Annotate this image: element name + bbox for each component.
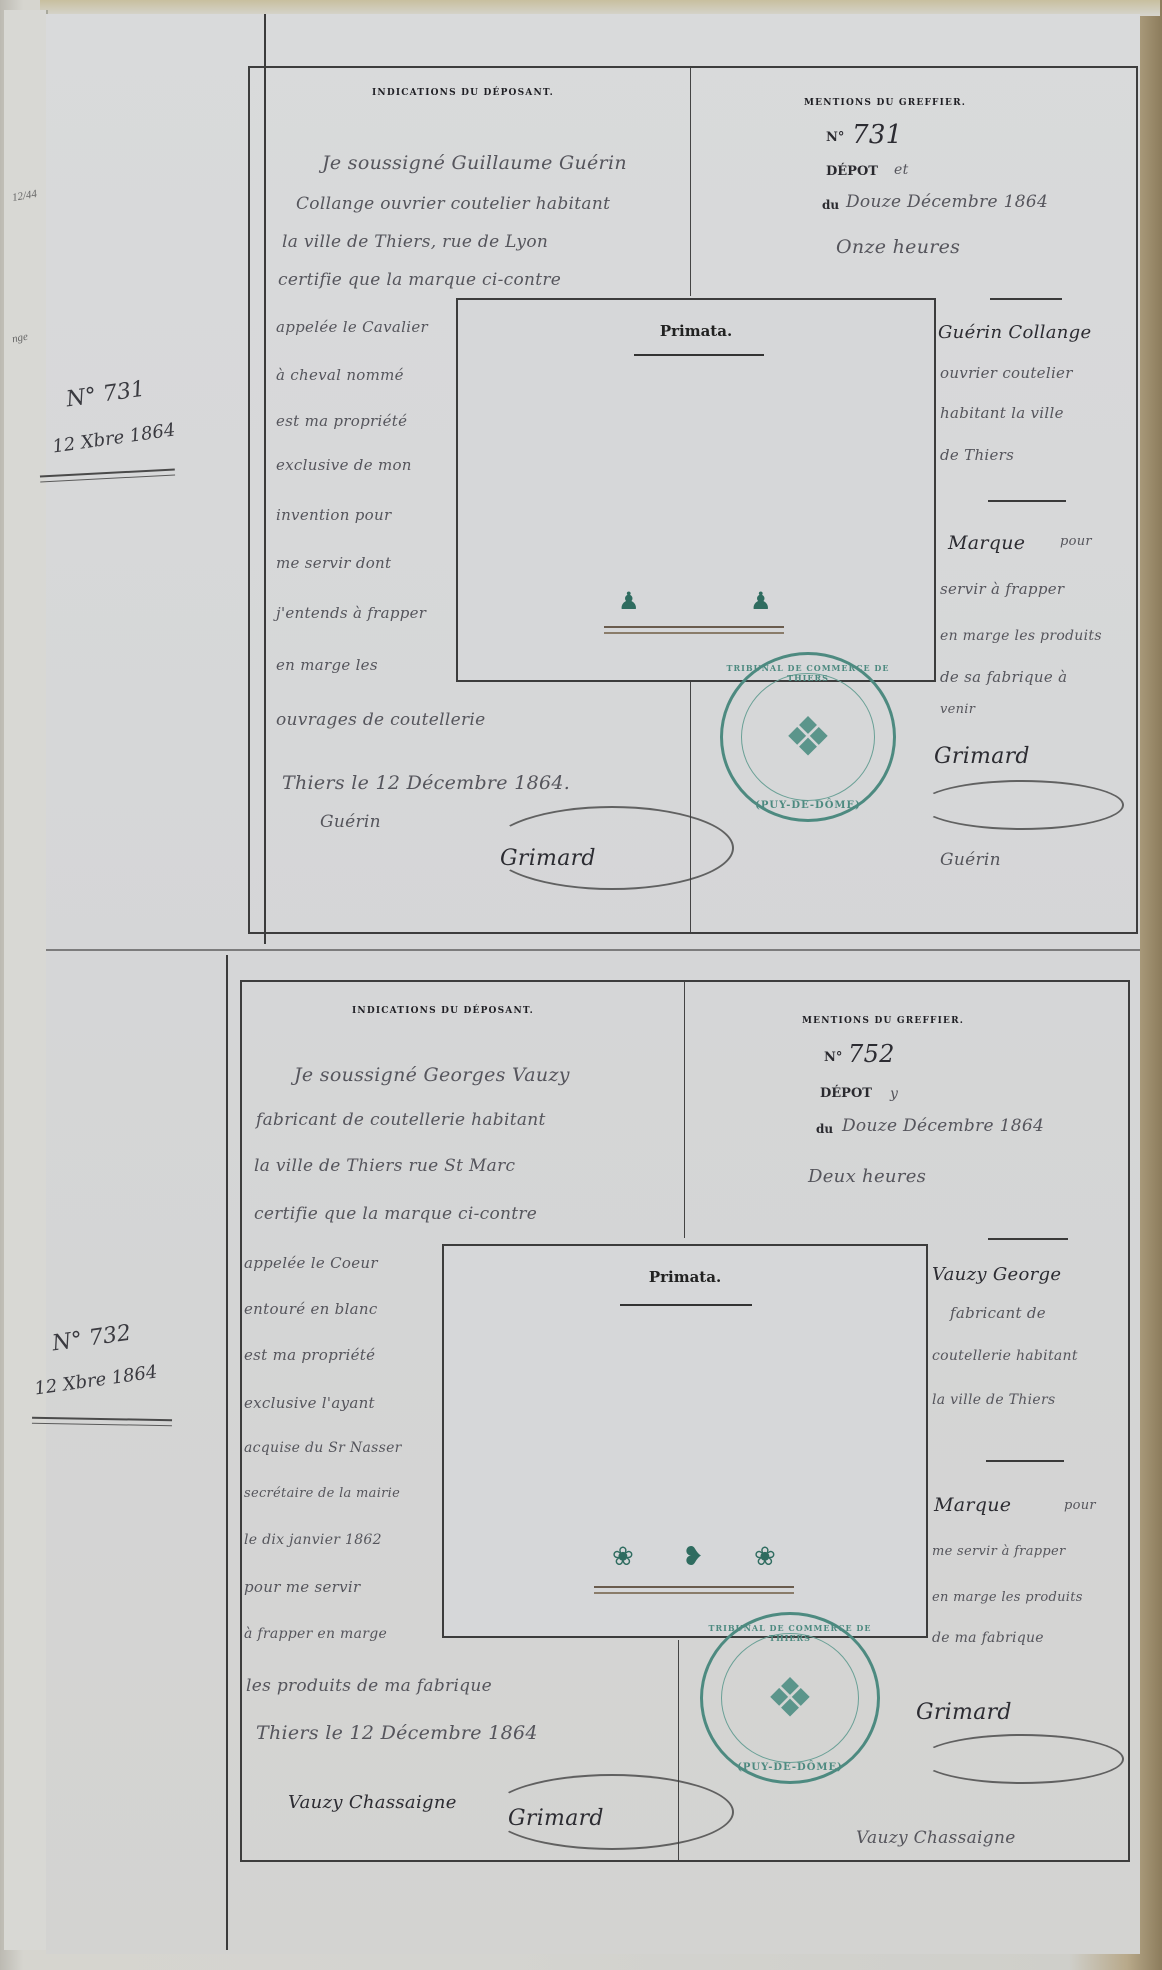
- deposit-time: Onze heures: [836, 236, 960, 258]
- entry-number: 752: [848, 1040, 895, 1068]
- number-label: N°: [824, 1050, 842, 1065]
- deposant-line: Collange ouvrier coutelier habitant: [296, 194, 610, 214]
- owner-line: ouvrier coutelier: [940, 364, 1073, 382]
- owner-line: Vauzy George: [932, 1264, 1061, 1285]
- depot-label: DÉPOT: [826, 164, 878, 179]
- previous-page-note: 12/44: [11, 188, 38, 204]
- deposant-signature: Guérin: [320, 812, 381, 832]
- deposant-line: exclusive de mon: [276, 456, 412, 474]
- signature-flourish: [920, 780, 1124, 830]
- signature-flourish: [490, 1774, 734, 1850]
- tribunal-seal: TRIBUNAL DE COMMERCE DE THIERS ❖ (PUY-DE…: [700, 1612, 880, 1784]
- mark-ground-line: [604, 626, 784, 634]
- signature-flourish: [490, 806, 734, 890]
- deposant-line: certifie que la marque ci-contre: [278, 270, 561, 290]
- mark-heading: Marque: [934, 1494, 1011, 1516]
- deposant-line: acquise du Sr Nasser: [244, 1440, 402, 1456]
- figure-icon: ♟: [618, 590, 640, 614]
- deposant-line: la ville de Thiers, rue de Lyon: [282, 232, 548, 252]
- flower-pear-icon: ❀: [754, 1544, 776, 1570]
- deposit-time: Deux heures: [808, 1166, 926, 1187]
- deposant-line: appelée le Coeur: [244, 1254, 378, 1272]
- deposant-line: Je soussigné Georges Vauzy: [294, 1064, 570, 1086]
- depot-mark: et: [894, 162, 909, 178]
- deposant-date-line: Thiers le 12 Décembre 1864: [256, 1722, 538, 1744]
- depot-mark: y: [890, 1086, 898, 1102]
- deposit-date: Douze Décembre 1864: [842, 1116, 1044, 1136]
- deposant-header: INDICATIONS DU DÉPOSANT.: [352, 1006, 534, 1016]
- mark-heading: Marque: [948, 532, 1025, 554]
- du-label: du: [822, 198, 839, 212]
- deposant-line: ouvrages de coutellerie: [276, 710, 486, 730]
- deposant-line: invention pour: [276, 506, 391, 524]
- entry-number: 731: [852, 120, 903, 150]
- deposant-line: exclusive l'ayant: [244, 1394, 375, 1412]
- mark-line: servir à frapper: [940, 580, 1064, 598]
- deposant-line: Je soussigné Guillaume Guérin: [322, 152, 627, 174]
- entry-separator: [46, 949, 1140, 951]
- deposit-date: Douze Décembre 1864: [846, 192, 1048, 212]
- column-divider: [690, 680, 691, 932]
- divider-rule: [986, 1460, 1064, 1462]
- owner-signature: Guérin: [940, 850, 1001, 870]
- deposant-line: la ville de Thiers rue St Marc: [254, 1156, 515, 1176]
- trademark-box: Primata. ♟ ♟: [456, 298, 936, 682]
- trademark-box: Primata. ❀ ❥ ❀: [442, 1244, 928, 1638]
- deposant-line: est ma propriété: [244, 1346, 375, 1364]
- number-label: N°: [826, 130, 844, 145]
- column-divider: [684, 982, 685, 1238]
- deposant-line: à frapper en marge: [244, 1626, 387, 1642]
- previous-page-edge: 12/44 nge: [4, 10, 48, 1950]
- seal-text-bottom: (PUY-DE-DÔME): [703, 1762, 877, 1773]
- deposant-header: INDICATIONS DU DÉPOSANT.: [372, 88, 554, 98]
- deposant-date-line: Thiers le 12 Décembre 1864.: [282, 772, 570, 794]
- mark-label: Primata.: [458, 322, 934, 340]
- greffier-header: MENTIONS DU GREFFIER.: [802, 1016, 964, 1026]
- owner-signature: Vauzy Chassaigne: [856, 1828, 1016, 1848]
- mark-line: pour: [1064, 1498, 1096, 1513]
- deposant-signature: Vauzy Chassaigne: [288, 1792, 457, 1813]
- deposant-line: le dix janvier 1862: [244, 1532, 382, 1548]
- deposant-line: les produits de ma fabrique: [246, 1676, 492, 1696]
- mark-line: me servir à frapper: [932, 1544, 1066, 1559]
- flower-pear-icon: ❀: [612, 1544, 634, 1570]
- deposant-line: pour me servir: [244, 1578, 361, 1596]
- eagle-icon: ❖: [766, 1667, 814, 1730]
- heart-flower-icon: ❥: [682, 1544, 704, 1570]
- mark-line: en marge les produits: [940, 628, 1102, 644]
- deposant-line: me servir dont: [276, 554, 391, 572]
- deposant-line: j'entends à frapper: [276, 604, 426, 622]
- mark-label: Primata.: [444, 1268, 926, 1286]
- deposant-line: est ma propriété: [276, 412, 407, 430]
- deposant-line: à cheval nommé: [276, 366, 404, 384]
- mark-line: de sa fabrique à: [940, 668, 1067, 686]
- seal-text-bottom: (PUY-DE-DÔME): [723, 800, 893, 811]
- mark-label-underline: [620, 1304, 752, 1306]
- eagle-icon: ❖: [784, 706, 832, 769]
- previous-page-note: nge: [11, 331, 29, 346]
- seal-text-top: TRIBUNAL DE COMMERCE DE THIERS: [723, 663, 893, 683]
- deposant-line: entouré en blanc: [244, 1300, 378, 1318]
- owner-line: fabricant de: [950, 1304, 1046, 1322]
- column-divider: [690, 68, 691, 296]
- greffier-header: MENTIONS DU GREFFIER.: [804, 98, 966, 108]
- margin-rule: [226, 955, 228, 1950]
- mark-line: en marge les produits: [932, 1590, 1083, 1605]
- divider-rule: [988, 1238, 1068, 1240]
- deposant-line: certifie que la marque ci-contre: [254, 1204, 537, 1224]
- du-label: du: [816, 1122, 833, 1136]
- divider-rule: [988, 500, 1066, 502]
- tribunal-seal: TRIBUNAL DE COMMERCE DE THIERS ❖ (PUY-DE…: [720, 652, 896, 822]
- seal-text-top: TRIBUNAL DE COMMERCE DE THIERS: [703, 1623, 877, 1643]
- deposant-line: appelée le Cavalier: [276, 318, 428, 336]
- mark-line: pour: [1060, 534, 1092, 549]
- mark-line: de ma fabrique: [932, 1630, 1044, 1646]
- depot-label: DÉPOT: [820, 1086, 872, 1101]
- divider-rule: [990, 298, 1062, 300]
- mark-ground-line: [594, 1586, 794, 1594]
- owner-line: habitant la ville: [940, 404, 1064, 422]
- owner-line: de Thiers: [940, 446, 1014, 464]
- mark-label-underline: [634, 354, 764, 356]
- mark-line: venir: [940, 702, 975, 717]
- figure-icon: ♟: [750, 590, 772, 614]
- signature-flourish: [920, 1734, 1124, 1784]
- clerk-signature: Grimard: [916, 1700, 1012, 1725]
- clerk-signature: Grimard: [934, 744, 1030, 769]
- owner-line: Guérin Collange: [938, 322, 1091, 343]
- deposant-line: en marge les: [276, 656, 378, 674]
- deposant-line: fabricant de coutellerie habitant: [256, 1110, 546, 1130]
- deposant-line: secrétaire de la mairie: [244, 1486, 400, 1501]
- owner-line: la ville de Thiers: [932, 1392, 1055, 1408]
- owner-line: coutellerie habitant: [932, 1348, 1078, 1364]
